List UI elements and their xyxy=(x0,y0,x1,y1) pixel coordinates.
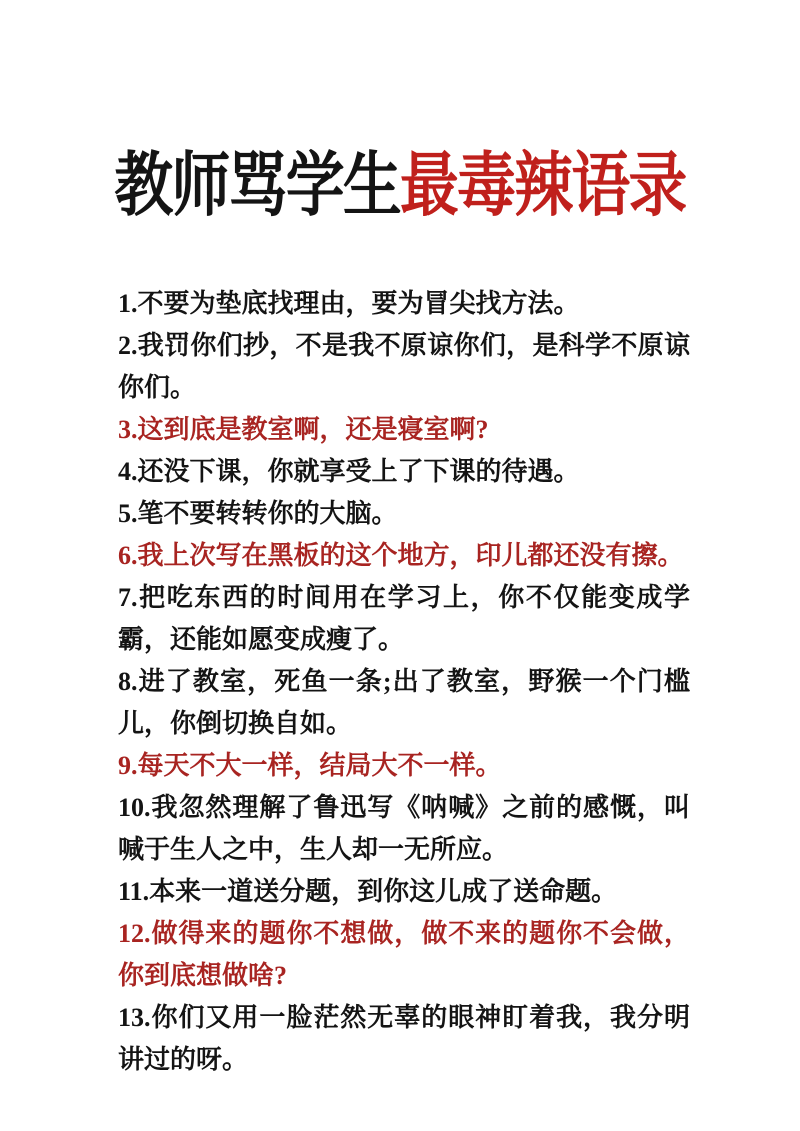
quote-item: 4.还没下课，你就享受上了下课的待遇。 xyxy=(118,451,690,493)
quote-item: 10.我忽然理解了鲁迅写《呐喊》之前的感慨，叫喊于生人之中，生人却一无所应。 xyxy=(118,787,690,871)
quote-item: 3.这到底是教室啊，还是寝室啊? xyxy=(118,409,690,451)
quote-item: 9.每天不大一样，结局大不一样。 xyxy=(118,745,690,787)
quote-list: 1.不要为垫底找理由，要为冒尖找方法。2.我罚你们抄，不是我不原谅你们，是科学不… xyxy=(118,283,690,1081)
quote-item: 8.进了教室，死鱼一条;出了教室，野猴一个门槛儿，你倒切换自如。 xyxy=(118,661,690,745)
quote-item: 7.把吃东西的时间用在学习上，你不仅能变成学霸，还能如愿变成瘦了。 xyxy=(118,577,690,661)
quote-item: 1.不要为垫底找理由，要为冒尖找方法。 xyxy=(118,283,690,325)
quote-item: 6.我上次写在黑板的这个地方，印儿都还没有擦。 xyxy=(118,535,690,577)
quote-item: 12.做得来的题你不想做，做不来的题你不会做，你到底想做啥? xyxy=(118,913,690,997)
title-red-part: 最毒辣语录 xyxy=(400,148,686,225)
title-black-part: 教师骂学生 xyxy=(114,148,400,225)
quote-item: 2.我罚你们抄，不是我不原谅你们，是科学不原谅你们。 xyxy=(118,325,690,409)
page-title: 教师骂学生最毒辣语录 xyxy=(64,146,736,228)
poster-page: 教师骂学生最毒辣语录 1.不要为垫底找理由，要为冒尖找方法。2.我罚你们抄，不是… xyxy=(0,0,800,1131)
quote-item: 11.本来一道送分题，到你这儿成了送命题。 xyxy=(118,871,690,913)
quote-item: 13.你们又用一脸茫然无辜的眼神盯着我，我分明讲过的呀。 xyxy=(118,997,690,1081)
quote-item: 5.笔不要转转你的大脑。 xyxy=(118,493,690,535)
